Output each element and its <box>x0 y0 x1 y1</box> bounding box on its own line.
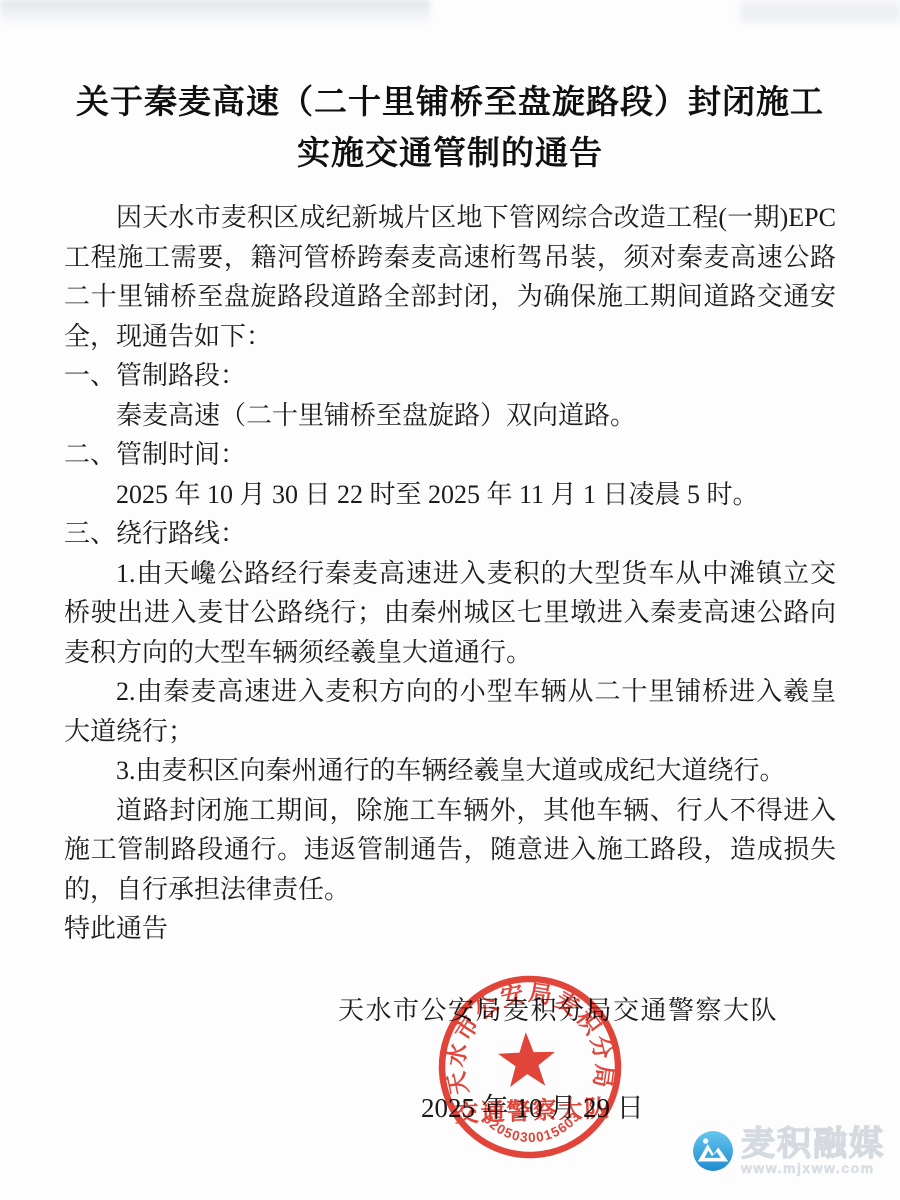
notice-title-line2: 实施交通管制的通告 <box>48 127 852 178</box>
media-watermark-text: 麦积融媒 www.mjxww.com <box>741 1126 885 1175</box>
media-url: www.mjxww.com <box>741 1161 885 1175</box>
seal-star-icon <box>497 1031 556 1087</box>
seal-bottom-text: 交通警察大队 <box>454 1094 611 1127</box>
hereby-notice: 特此通告 <box>64 909 836 949</box>
media-logo-icon <box>692 1130 734 1172</box>
section1-content: 秦麦高速（二十里铺桥至盘旋路）双向道路。 <box>64 396 836 436</box>
section1-heading: 一、管制路段： <box>64 356 836 396</box>
notice-title-line1: 关于秦麦高速（二十里铺桥至盘旋路段）封闭施工 <box>48 76 852 127</box>
notice-title: 关于秦麦高速（二十里铺桥至盘旋路段）封闭施工 实施交通管制的通告 <box>48 76 852 178</box>
seal-arc-text: 天水市公安局麦积分局 <box>439 976 619 1097</box>
detour-item-2: 2.由秦麦高速进入麦积方向的小型车辆从二十里铺桥进入羲皇大道绕行； <box>64 672 836 751</box>
detour-item-1: 1.由天巉公路经行秦麦高速进入麦积的大型货车从中滩镇立交桥驶出进入麦甘公路绕行；… <box>64 554 836 673</box>
section3-heading: 三、绕行路线： <box>64 514 836 554</box>
media-watermark: 麦积融媒 www.mjxww.com <box>692 1126 885 1175</box>
scan-smudge <box>740 2 900 22</box>
official-seal: 天水市公安局麦积分局 交通警察大队 6205030015603 <box>427 964 634 1171</box>
section2-heading: 二、管制时间： <box>64 435 836 475</box>
media-name: 麦积融媒 <box>741 1126 885 1162</box>
notice-body: 因天水市麦积区成纪新城片区地下管网综合改造工程(一期)EPC工程施工需要，籍河管… <box>64 198 836 949</box>
closing-paragraph: 道路封闭施工期间，除施工车辆外，其他车辆、行人不得进入施工管制路段通行。违返管制… <box>64 791 836 910</box>
section2-content: 2025 年 10 月 30 日 22 时至 2025 年 11 月 1 日凌晨… <box>64 475 836 515</box>
scan-smudge <box>0 0 430 26</box>
scanned-notice-page: 关于秦麦高速（二十里铺桥至盘旋路段）封闭施工 实施交通管制的通告 因天水市麦积区… <box>0 0 900 1200</box>
intro-paragraph: 因天水市麦积区成纪新城片区地下管网综合改造工程(一期)EPC工程施工需要，籍河管… <box>64 198 836 356</box>
detour-item-3: 3.由麦积区向秦州通行的车辆经羲皇大道或成纪大道绕行。 <box>64 751 836 791</box>
